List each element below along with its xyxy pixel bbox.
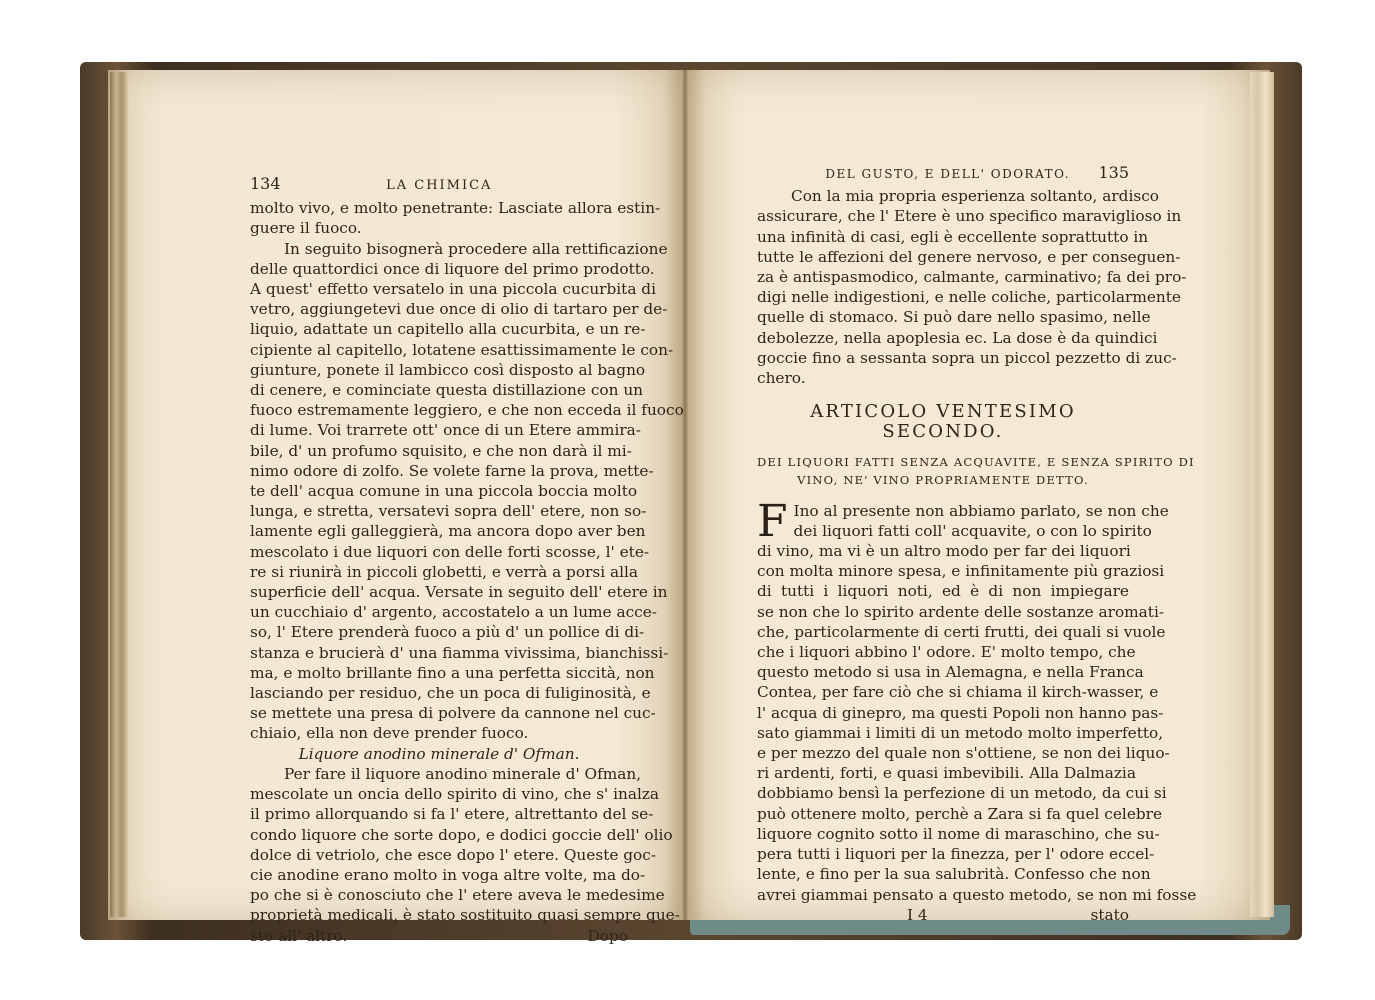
text-line: quelle di stomaco. Si può dare nello spa… [757, 307, 1129, 327]
text-line: dobbiamo bensì la perfezione di un metod… [757, 783, 1129, 803]
text-line: ma, e molto brillante fino a una perfett… [250, 663, 628, 683]
text-line: una infinità di casi, egli è eccellente … [757, 227, 1129, 247]
text-line: superficie dell' acqua. Versate in segui… [250, 582, 628, 602]
text-line: un cucchiaio d' argento, accostatelo a u… [250, 602, 628, 622]
text-line: te dell' acqua comune in una piccola boc… [250, 481, 628, 501]
text-line: goccie fino a sessanta sopra un piccol p… [757, 348, 1129, 368]
text-line: chero. [757, 368, 1129, 388]
page-number: 135 [1098, 163, 1129, 183]
article-first-paragraph: F Ino al presente non abbiamo parlato, s… [757, 501, 1129, 541]
text-line: può ottenere molto, perchè a Zara si fa … [757, 804, 1129, 824]
text-line: molto vivo, e molto penetrante: Lasciate… [250, 198, 628, 218]
text-line: po che si è conosciuto che l' etere avev… [250, 885, 628, 905]
text-line: condo liquore che sorte dopo, e dodici g… [250, 825, 628, 845]
right-running-head: DEL GUSTO, E DELL' ODORATO. 135 [757, 163, 1129, 184]
text-line: za è antispasmodico, calmante, carminati… [757, 267, 1129, 287]
text-line: e per mezzo del quale non s'ottiene, se … [757, 743, 1129, 763]
text-line: giunture, ponete il lambicco così dispos… [250, 360, 628, 380]
text-line: cie anodine erano molto in voga altre vo… [250, 865, 628, 885]
catchword: Dopo [588, 926, 628, 946]
article-subtitle-2: vino, ne' vino propriamente detto. [757, 471, 1129, 489]
text-line: nimo odore di zolfo. Se volete farne la … [250, 461, 628, 481]
text-line: lasciando per residuo, che un poca di fu… [250, 683, 628, 703]
drop-cap: F [757, 503, 788, 541]
catchword: stato [1091, 905, 1129, 925]
text-line: assicurare, che l' Etere è uno specifico… [757, 206, 1129, 226]
text-line: Con la mia propria esperienza soltanto, … [757, 186, 1129, 206]
signature-line: I 4 stato [757, 905, 1129, 925]
text-line: guere il fuoco. [250, 218, 628, 238]
left-body-2: Per fare il liquore anodino minerale d' … [250, 764, 628, 926]
book-gutter [681, 70, 689, 920]
running-title: LA CHIMICA [281, 176, 598, 196]
text-line: che, particolarmente di certi frutti, de… [757, 622, 1129, 642]
catchword-line: sto all' altro. Dopo [250, 926, 628, 946]
text-line: Contea, per fare ciò che si chiama il ki… [757, 682, 1129, 702]
text-line: liquore cognito sotto il nome di marasch… [757, 824, 1129, 844]
text-line: pera tutti i liquori per la finezza, per… [757, 844, 1129, 864]
signature-mark: I 4 [907, 905, 928, 925]
text-line: di vino, ma vi è un altro modo per far d… [757, 541, 1129, 561]
text-line: l' acqua di ginepro, ma questi Popoli no… [757, 703, 1129, 723]
text-line: delle quattordici once di liquore del pr… [250, 259, 628, 279]
text-line: lunga, e stretta, versatevi sopra dell' … [250, 501, 628, 521]
text-line: so, l' Etere prenderà fuoco a più d' un … [250, 622, 628, 642]
text-line: mescolate un oncia dello spirito di vino… [250, 784, 628, 804]
subheading: Liquore anodino minerale d' Ofman. [250, 744, 628, 764]
text-line: chiaio, ella non deve prender fuoco. [250, 723, 628, 743]
text-line: cipiente al capitello, lotatene esattiss… [250, 340, 628, 360]
text-line: dolce di vetriolo, che esce dopo l' eter… [250, 845, 628, 865]
text-line: re si riunirà in piccoli globetti, e ver… [250, 562, 628, 582]
text-line: stanza e brucierà d' una fiamma vivissim… [250, 643, 628, 663]
text-line: sato giammai i limiti di un metodo molto… [757, 723, 1129, 743]
text-line: liquio, adattate un capitello alla cucur… [250, 319, 628, 339]
text-line: con molta minore spesa, e infinitamente … [757, 561, 1129, 581]
text-line: vetro, aggiungetevi due once di olio di … [250, 299, 628, 319]
text-line: di lume. Voi trarrete ott' once di un Et… [250, 420, 628, 440]
left-body: molto vivo, e molto penetrante: Lasciate… [250, 198, 628, 743]
second-line: dei liquori fatti coll' acquavite, o con… [757, 521, 1129, 541]
text-line: mescolato i due liquori con delle forti … [250, 542, 628, 562]
left-page-edges [110, 72, 128, 917]
text-line: avrei giammai pensato a questo metodo, s… [757, 885, 1129, 905]
right-page-edges [1250, 72, 1274, 917]
running-title: DEL GUSTO, E DELL' ODORATO. [797, 164, 1098, 184]
page-number: 134 [250, 174, 281, 194]
left-page-text: 134 LA CHIMICA molto vivo, e molto penet… [250, 174, 628, 946]
text-line: di tutti i liquori noti, ed è di non imp… [757, 581, 1129, 601]
text-line: se non che lo spirito ardente delle sost… [757, 602, 1129, 622]
article-title: ARTICOLO VENTESIMO SECONDO. [757, 402, 1129, 442]
text-line: questo metodo si usa in Alemagna, e nell… [757, 662, 1129, 682]
article-subtitle-1: Dei liquori fatti senza acquavite, e sen… [757, 453, 1129, 471]
right-page-text: DEL GUSTO, E DELL' ODORATO. 135 Con la m… [757, 163, 1129, 925]
text-line: che i liquori abbino l' odore. E' molto … [757, 642, 1129, 662]
left-running-head: 134 LA CHIMICA [250, 174, 628, 196]
text-line: il primo allorquando si fa l' etere, alt… [250, 804, 628, 824]
text-line: debolezze, nella apoplesia ec. La dose è… [757, 328, 1129, 348]
text-line: tutte le affezioni del genere nervoso, e… [757, 247, 1129, 267]
text-line: ri ardenti, forti, e quasi imbevibili. A… [757, 763, 1129, 783]
text-line: bile, d' un profumo squisito, e che non … [250, 441, 628, 461]
text-line: Per fare il liquore anodino minerale d' … [250, 764, 628, 784]
text-line: lente, e fino per la sua salubrità. Conf… [757, 864, 1129, 884]
text-line: se mettete una presa di polvere da canno… [250, 703, 628, 723]
text-line: proprietà medicali, è stato sostituito q… [250, 905, 628, 925]
text-line: A quest' effetto versatelo in una piccol… [250, 279, 628, 299]
text-line: di cenere, e cominciate questa distillaz… [250, 380, 628, 400]
right-body: Con la mia propria esperienza soltanto, … [757, 186, 1129, 388]
text-line: lamente egli galleggierà, ma ancora dopo… [250, 521, 628, 541]
text-line: digi nelle indigestioni, e nelle coliche… [757, 287, 1129, 307]
text-line: In seguito bisognerà procedere alla rett… [250, 239, 628, 259]
text-line: fuoco estremamente leggiero, e che non e… [250, 400, 628, 420]
right-body-2: di vino, ma vi è un altro modo per far d… [757, 541, 1129, 905]
first-line: Ino al presente non abbiamo parlato, se … [757, 501, 1129, 521]
final-line: sto all' altro. [250, 926, 347, 946]
